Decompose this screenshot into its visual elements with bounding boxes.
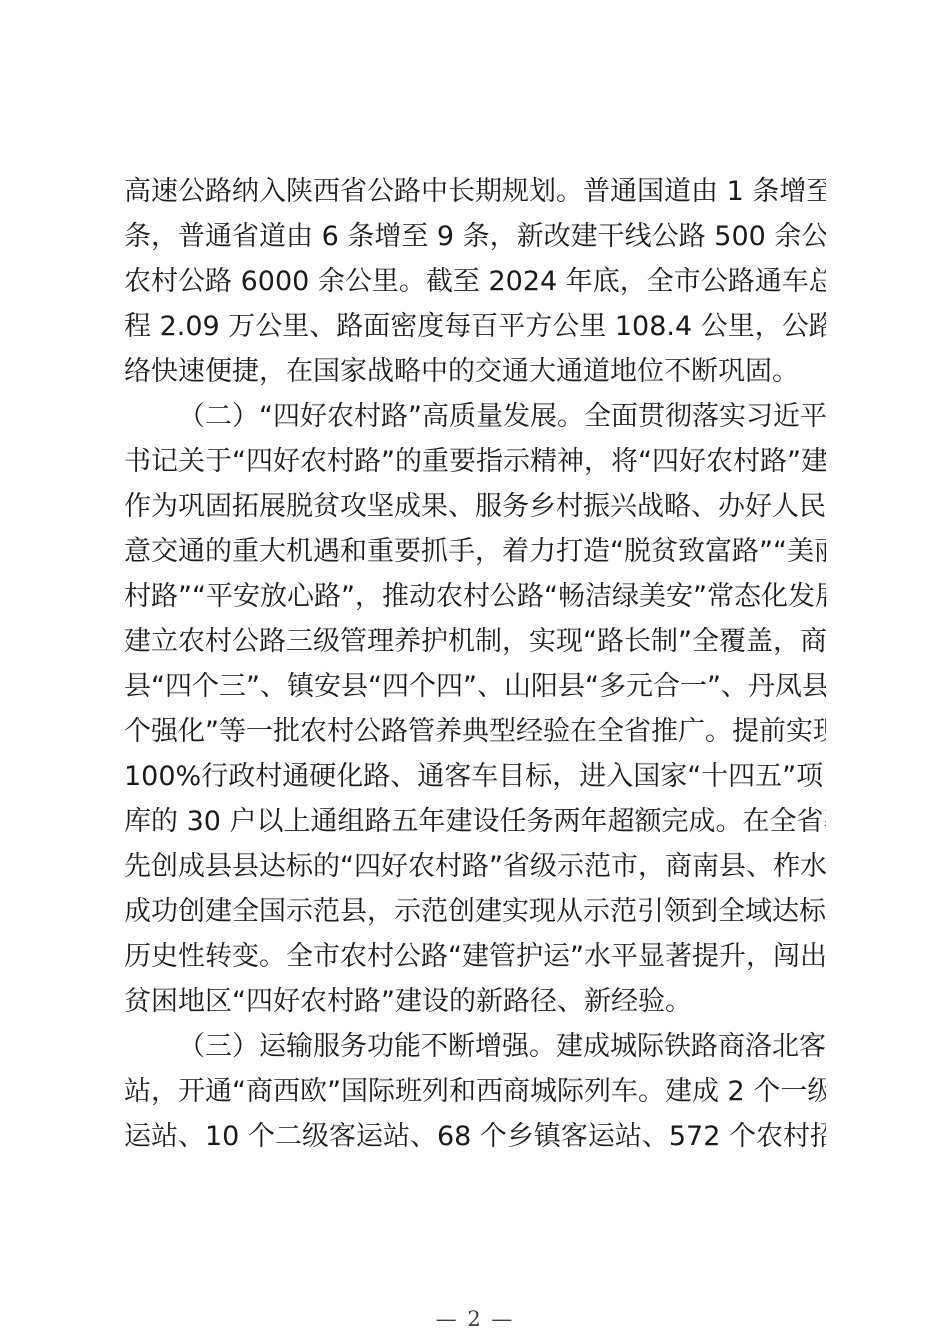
text-line: 作为巩固拓展脱贫攻坚成果、服务乡村振兴战略、办好人民满 xyxy=(124,484,826,529)
text-line: 络快速便捷，在国家战略中的交通大通道地位不断巩固。 xyxy=(124,349,826,394)
text-line: 个强化”等一批农村公路管养典型经验在全省推广。提前实现 xyxy=(124,709,826,754)
text-line: 程 2.09 万公里、路面密度每百平方公里 108.4 公里，公路网 xyxy=(124,304,826,349)
text-line: 高速公路纳入陕西省公路中长期规划。普通国道由 1 条增至 5 xyxy=(124,169,826,214)
text-line: 县“四个三”、镇安县“四个四”、山阳县“多元合一”、丹凤县“五 xyxy=(124,664,826,709)
text-line: 农村公路 6000 余公里。截至 2024 年底，全市公路通车总里 xyxy=(124,259,826,304)
text-line: 书记关于“四好农村路”的重要指示精神，将“四好农村路”建设 xyxy=(124,439,826,484)
text-line: 运站、10 个二级客运站、68 个乡镇客运站、572 个农村招呼 xyxy=(124,1114,826,1159)
text-line: 历史性转变。全市农村公路“建管护运”水平显著提升，闯出了 xyxy=(124,934,826,979)
document-body: 高速公路纳入陕西省公路中长期规划。普通国道由 1 条增至 5条，普通省道由 6 … xyxy=(124,169,826,1159)
page-number-footer: — 2 — xyxy=(0,1305,950,1333)
text-line: 贫困地区“四好农村路”建设的新路径、新经验。 xyxy=(124,979,826,1024)
text-line: 100%行政村通硬化路、通客车目标，进入国家“十四五”项目 xyxy=(124,754,826,799)
text-line: 村路”“平安放心路”，推动农村公路“畅洁绿美安”常态化发展。 xyxy=(124,574,826,619)
text-line: 意交通的重大机遇和重要抓手，着力打造“脱贫致富路”“美丽乡 xyxy=(124,529,826,574)
paragraph-rural-roads: （二）“四好农村路”高质量发展。全面贯彻落实习近平总书记关于“四好农村路”的重要… xyxy=(124,394,826,1024)
text-line: （三）运输服务功能不断增强。建成城际铁路商洛北客 xyxy=(124,1024,826,1069)
paragraph-highway-network: 高速公路纳入陕西省公路中长期规划。普通国道由 1 条增至 5条，普通省道由 6 … xyxy=(124,169,826,394)
text-line: 条，普通省道由 6 条增至 9 条，新改建干线公路 500 余公里、 xyxy=(124,214,826,259)
text-line: 站，开通“商西欧”国际班列和西商城际列车。建成 2 个一级客 xyxy=(124,1069,826,1114)
document-page: 高速公路纳入陕西省公路中长期规划。普通国道由 1 条增至 5条，普通省道由 6 … xyxy=(0,0,950,1344)
text-line: 库的 30 户以上通组路五年建设任务两年超额完成。在全省率 xyxy=(124,799,826,844)
text-line: （二）“四好农村路”高质量发展。全面贯彻落实习近平总 xyxy=(124,394,826,439)
text-line: 建立农村公路三级管理养护机制，实现“路长制”全覆盖，商南 xyxy=(124,619,826,664)
text-line: 成功创建全国示范县，示范创建实现从示范引领到全域达标的 xyxy=(124,889,826,934)
paragraph-transport-services: （三）运输服务功能不断增强。建成城际铁路商洛北客站，开通“商西欧”国际班列和西商… xyxy=(124,1024,826,1159)
text-line: 先创成县县达标的“四好农村路”省级示范市，商南县、柞水县 xyxy=(124,844,826,889)
